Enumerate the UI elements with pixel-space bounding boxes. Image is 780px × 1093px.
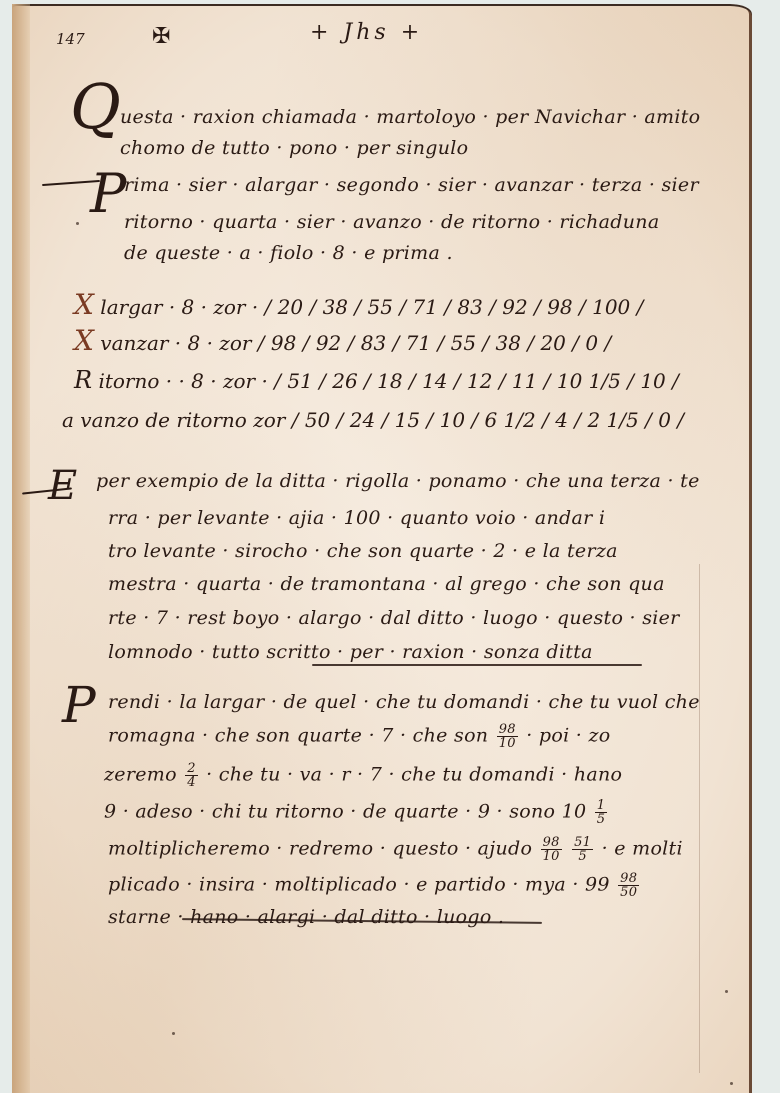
underline-flourish — [312, 664, 642, 666]
paragraph-4-line-3: zeremo 2 4 · che tu · va · r · 7 · che t… — [104, 762, 622, 789]
x-marker-icon: X — [74, 324, 94, 357]
paragraph-1-line-2: chomo de tutto · pono · per singulo — [120, 137, 468, 159]
row-value: 10 — [440, 408, 465, 432]
row-value: 50 — [305, 408, 330, 432]
row-value: 0 — [658, 408, 671, 432]
paragraph-1-line-1: uesta · raxion chiamada · martoloyo · pe… — [120, 106, 700, 128]
initial-q: Q — [70, 76, 121, 138]
fraction: 98 50 — [618, 872, 639, 899]
fraction: 1 5 — [595, 799, 608, 826]
x-marker-icon: X — [74, 288, 94, 321]
paragraph-4-line-6: plicado · insira · moltiplicado · e part… — [108, 872, 641, 899]
paragraph-3-line-6: lomnodo · tutto scritto · per · raxion ·… — [108, 641, 593, 663]
ink-speck — [76, 222, 79, 225]
paragraph-4-line-5: moltiplicheremo · redremo · questo · aju… — [108, 836, 683, 863]
manuscript-page: 147 ✠ + Jhs + Q uesta · raxion chiamada … — [12, 4, 752, 1093]
row-value: 38 — [323, 295, 348, 319]
table-row: R itorno · · 8 · zor · / 51 / 26 / 18 / … — [74, 366, 679, 394]
row-value: 55 — [451, 331, 476, 355]
ink-speck — [730, 1082, 733, 1085]
row-value: 100 — [592, 295, 630, 319]
row-label: itorno · · 8 · zor · — [98, 369, 267, 393]
r-marker-icon: R — [74, 366, 92, 394]
fraction: 98 10 — [497, 723, 518, 750]
row-value: 20 — [540, 331, 565, 355]
cross-icon: ✠ — [152, 24, 170, 49]
folio-number: 147 — [56, 30, 85, 48]
paragraph-4-line-1: rendi · la largar · de quel · che tu dom… — [108, 691, 700, 713]
paragraph-3-line-3: tro levante · sirocho · che son quarte ·… — [108, 540, 618, 562]
row-value: 2 1/5 — [587, 408, 638, 432]
row-value: 83 — [361, 331, 386, 355]
row-value: 51 — [287, 369, 312, 393]
row-label: vanzo de ritorno zor — [80, 408, 285, 432]
fraction: 2 4 — [185, 762, 198, 789]
fraction: 51 5 — [572, 836, 593, 863]
paragraph-4-line-7: starne · hano · alargi · dal ditto · luo… — [108, 906, 504, 928]
row-value: 12 — [467, 369, 492, 393]
paragraph-3-line-2: rra · per levante · ajia · 100 · quanto … — [108, 507, 605, 529]
row-value: 71 — [412, 295, 437, 319]
invocation-header: + Jhs + — [310, 20, 423, 45]
row-value: 6 1/2 — [485, 408, 536, 432]
table-row: X vanzar · 8 · zor / 98 / 92 / 83 / 71 /… — [74, 324, 611, 357]
table-row: X largar · 8 · zor · / 20 / 38 / 55 / 71… — [74, 288, 643, 321]
row-value: 24 — [350, 408, 375, 432]
row-value: 18 — [377, 369, 402, 393]
row-value: 20 — [278, 295, 303, 319]
paragraph-4-line-2: romagna · che son quarte · 7 · che son 9… — [108, 723, 611, 750]
row-value: 10 1/5 — [557, 369, 621, 393]
row-value: 38 — [496, 331, 521, 355]
row-value: 15 — [395, 408, 420, 432]
row-value: 83 — [457, 295, 482, 319]
row-value: 26 — [332, 369, 357, 393]
paragraph-2-line-1: rima · sier · alargar · segondo · sier ·… — [124, 174, 699, 196]
a-marker-icon: a — [62, 408, 74, 432]
row-value: 55 — [368, 295, 393, 319]
row-value: 10 — [640, 369, 665, 393]
row-value: 4 — [555, 408, 568, 432]
initial-p: P — [62, 680, 96, 730]
row-label: largar · 8 · zor · — [100, 295, 258, 319]
paragraph-4-line-4: 9 · adeso · chi tu ritorno · de quarte ·… — [104, 799, 609, 826]
row-label: vanzar · 8 · zor — [100, 331, 251, 355]
row-value: 14 — [422, 369, 447, 393]
fraction: 98 10 — [541, 836, 562, 863]
initial-e: E — [48, 466, 77, 506]
paragraph-2-line-2: ritorno · quarta · sier · avanzo · de ri… — [124, 211, 659, 233]
row-value: 0 — [585, 331, 598, 355]
ink-speck — [725, 990, 728, 993]
row-value: 98 — [547, 295, 572, 319]
table-row: a vanzo de ritorno zor / 50 / 24 / 15 / … — [62, 408, 684, 432]
row-value: 11 — [512, 369, 537, 393]
paragraph-3-line-4: mestra · quarta · de tramontana · al gre… — [108, 573, 665, 595]
row-value: 71 — [406, 331, 431, 355]
paragraph-3-line-5: rte · 7 · rest boyo · alargo · dal ditto… — [108, 607, 680, 629]
ink-speck — [172, 1032, 175, 1035]
initial-p: P — [90, 167, 126, 221]
row-value: 92 — [502, 295, 527, 319]
row-value: 92 — [316, 331, 341, 355]
row-value: 98 — [271, 331, 296, 355]
paragraph-3-line-1: per exempio de la ditta · rigolla · pona… — [96, 470, 700, 492]
paragraph-2-line-3: de queste · a · fiolo · 8 · e prima . — [124, 242, 453, 264]
